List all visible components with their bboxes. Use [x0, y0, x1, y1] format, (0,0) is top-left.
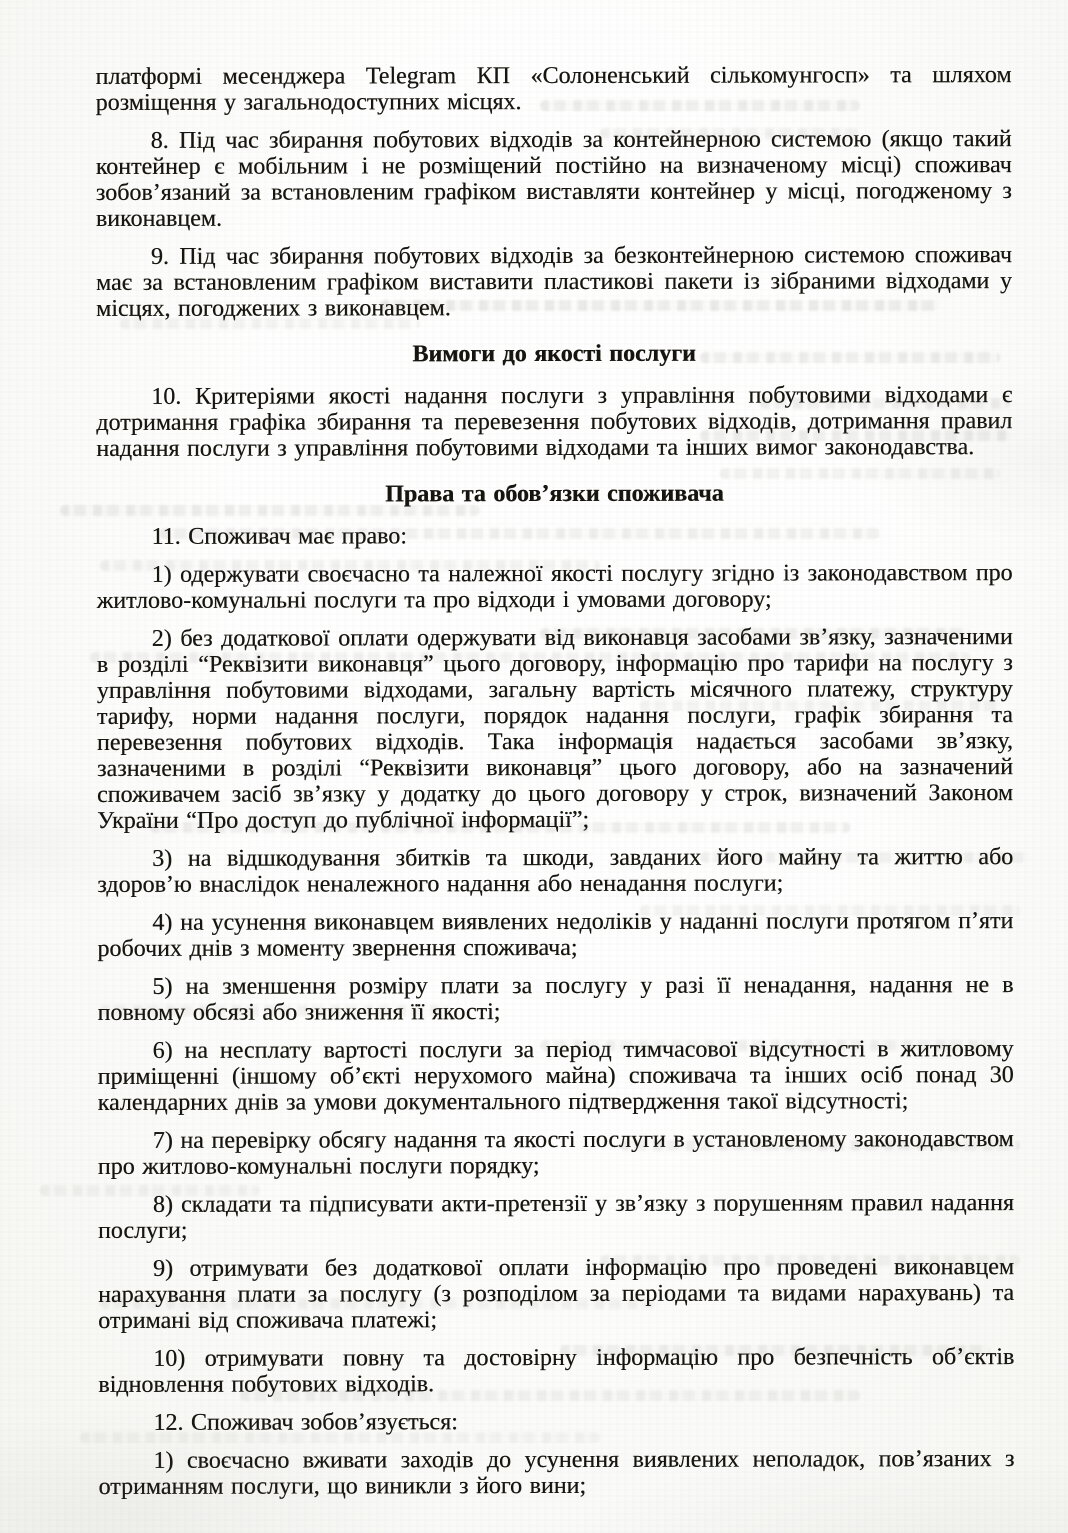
obligation-item-1: 1) своєчасно вживати заходів до усунення…	[98, 1446, 1014, 1500]
document-body: платформі месенджера Telegram КП «Солоне…	[95, 62, 1014, 1512]
right-item-9: 9) отримувати без додаткової оплати інфо…	[98, 1254, 1014, 1334]
right-item-6: 6) на несплату вартості послуги за періо…	[98, 1036, 1014, 1116]
right-item-2: 2) без додаткової оплати одержувати від …	[97, 624, 1013, 834]
right-item-4: 4) на усунення виконавцем виявлених недо…	[97, 908, 1013, 962]
right-item-10: 10) отримувати повну та достовірну інфор…	[98, 1344, 1014, 1398]
paragraph-11-consumer-rights-intro: 11. Споживач має право:	[96, 522, 1012, 550]
paragraph-9-containerless-system: 9. Під час збирання побутових відходів з…	[96, 242, 1012, 322]
right-item-1: 1) одержувати своєчасно та належної якос…	[97, 560, 1013, 614]
paragraph-12-obligations-intro: 12. Споживач зобов’язується:	[98, 1408, 1014, 1436]
section-heading-consumer-rights: Права та обов’язки споживача	[96, 480, 1012, 508]
paragraph-platform-continuation: платформі месенджера Telegram КП «Солоне…	[95, 62, 1011, 116]
right-item-3: 3) на відшкодування збитків та шкоди, за…	[97, 844, 1013, 898]
paragraph-8-container-system: 8. Під час збирання побутових відходів з…	[96, 126, 1012, 232]
right-item-8: 8) складати та підписувати акти-претензі…	[98, 1190, 1014, 1244]
section-heading-service-quality: Вимоги до якості послуги	[96, 340, 1012, 368]
right-item-7: 7) на перевірку обсягу надання та якості…	[98, 1126, 1014, 1180]
paragraph-10-quality-criteria: 10. Критеріями якості надання послуги з …	[96, 382, 1012, 462]
right-item-5: 5) на зменшення розміру плати за послугу…	[97, 972, 1013, 1026]
scanned-document-page: платформі месенджера Telegram КП «Солоне…	[0, 0, 1068, 1533]
